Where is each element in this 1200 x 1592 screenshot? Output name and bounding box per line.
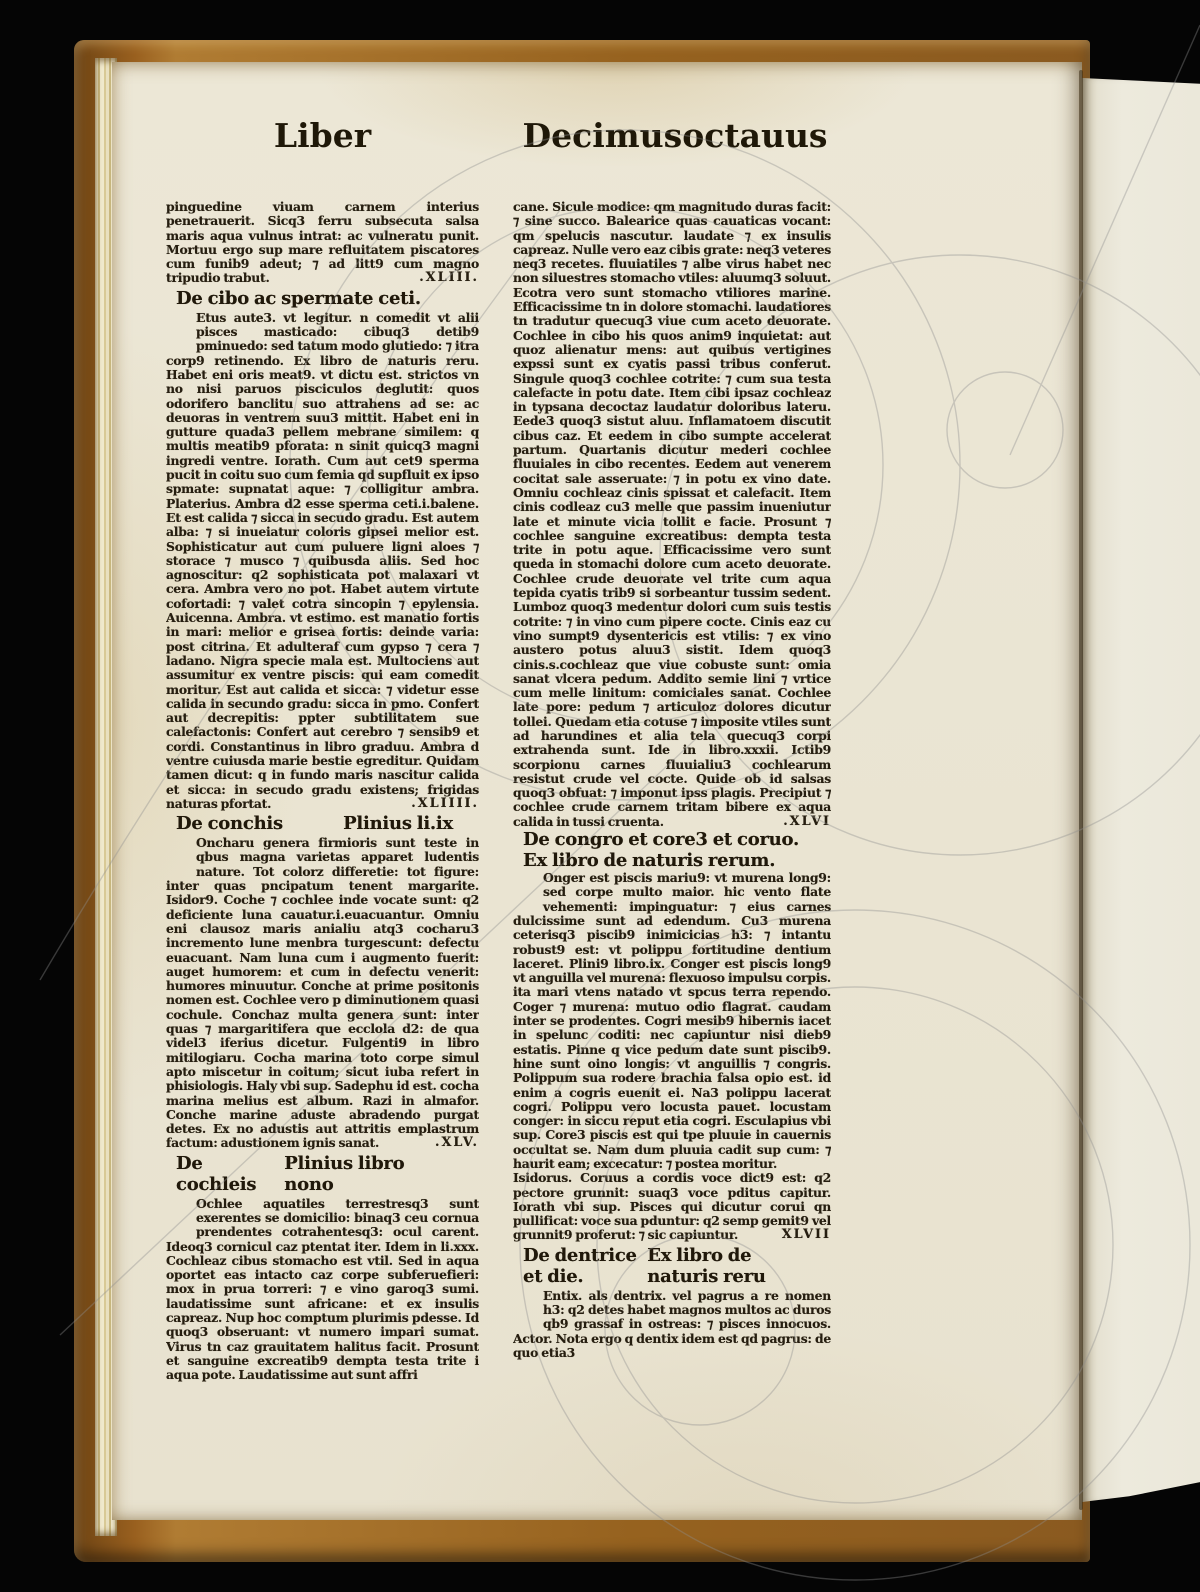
section-title: De conchis — [176, 813, 283, 834]
section-title: De congro et core3 et coruo. — [523, 829, 799, 850]
section-heading: De congro et core3 et coruo. — [513, 829, 831, 850]
body-paragraph: Oncharu genera firmioris sunt teste in q… — [166, 836, 479, 1151]
section-source: Plinius li.ix — [343, 813, 453, 834]
section-heading: De dentrice et die.Ex libro de naturis r… — [513, 1245, 831, 1287]
chapter-number: .XLV. — [435, 1136, 479, 1150]
section-title: Ex libro de naturis rerum. — [523, 850, 775, 871]
section-heading: De cochleisPlinius libro nono — [166, 1153, 479, 1195]
body-paragraph: Ochlee aquatiles terrestresq3 sunt exere… — [166, 1197, 479, 1383]
section-title: De cochleis — [176, 1153, 284, 1195]
section-heading: De cibo ac spermate ceti. — [166, 288, 479, 309]
chapter-number: .XLVI — [783, 815, 831, 829]
section-heading: De conchisPlinius li.ix — [166, 813, 479, 834]
section-source: Plinius libro nono — [284, 1153, 453, 1195]
section-title: De dentrice et die. — [523, 1245, 647, 1287]
body-paragraph: Etus aute3. vt legitur. n comedit vt ali… — [166, 311, 479, 811]
body-paragraph: Onger est piscis mariu9: vt murena long9… — [513, 871, 831, 1171]
page-header-left: Liber — [166, 118, 479, 154]
chapter-number: XLVII — [782, 1228, 831, 1242]
text-column-left: pinguedine viuam carnem interius penetra… — [166, 200, 479, 1530]
section-title: De cibo ac spermate ceti. — [176, 288, 421, 309]
section-source: Ex libro de naturis reru — [647, 1245, 805, 1287]
body-paragraph: Isidorus. Coruus a cordis voce dict9 est… — [513, 1171, 831, 1242]
facing-page — [1082, 78, 1200, 1502]
body-paragraph: Entix. als dentrix. vel pagrus a re nome… — [513, 1289, 831, 1360]
chapter-number: .XLIII. — [419, 271, 479, 285]
text-column-right: cane. Sicule modice: qm magnitudo duras … — [513, 200, 831, 1530]
book-photo: { "photo": { "background_color": "#05050… — [0, 0, 1200, 1592]
chapter-number: .XLIIII. — [411, 797, 479, 811]
body-paragraph: cane. Sicule modice: qm magnitudo duras … — [513, 200, 831, 829]
page-gutter — [1079, 70, 1083, 1510]
section-heading: Ex libro de naturis rerum. — [513, 850, 831, 871]
body-paragraph: pinguedine viuam carnem interius penetra… — [166, 200, 479, 286]
page-header-right: Decimusoctauus — [510, 118, 840, 154]
